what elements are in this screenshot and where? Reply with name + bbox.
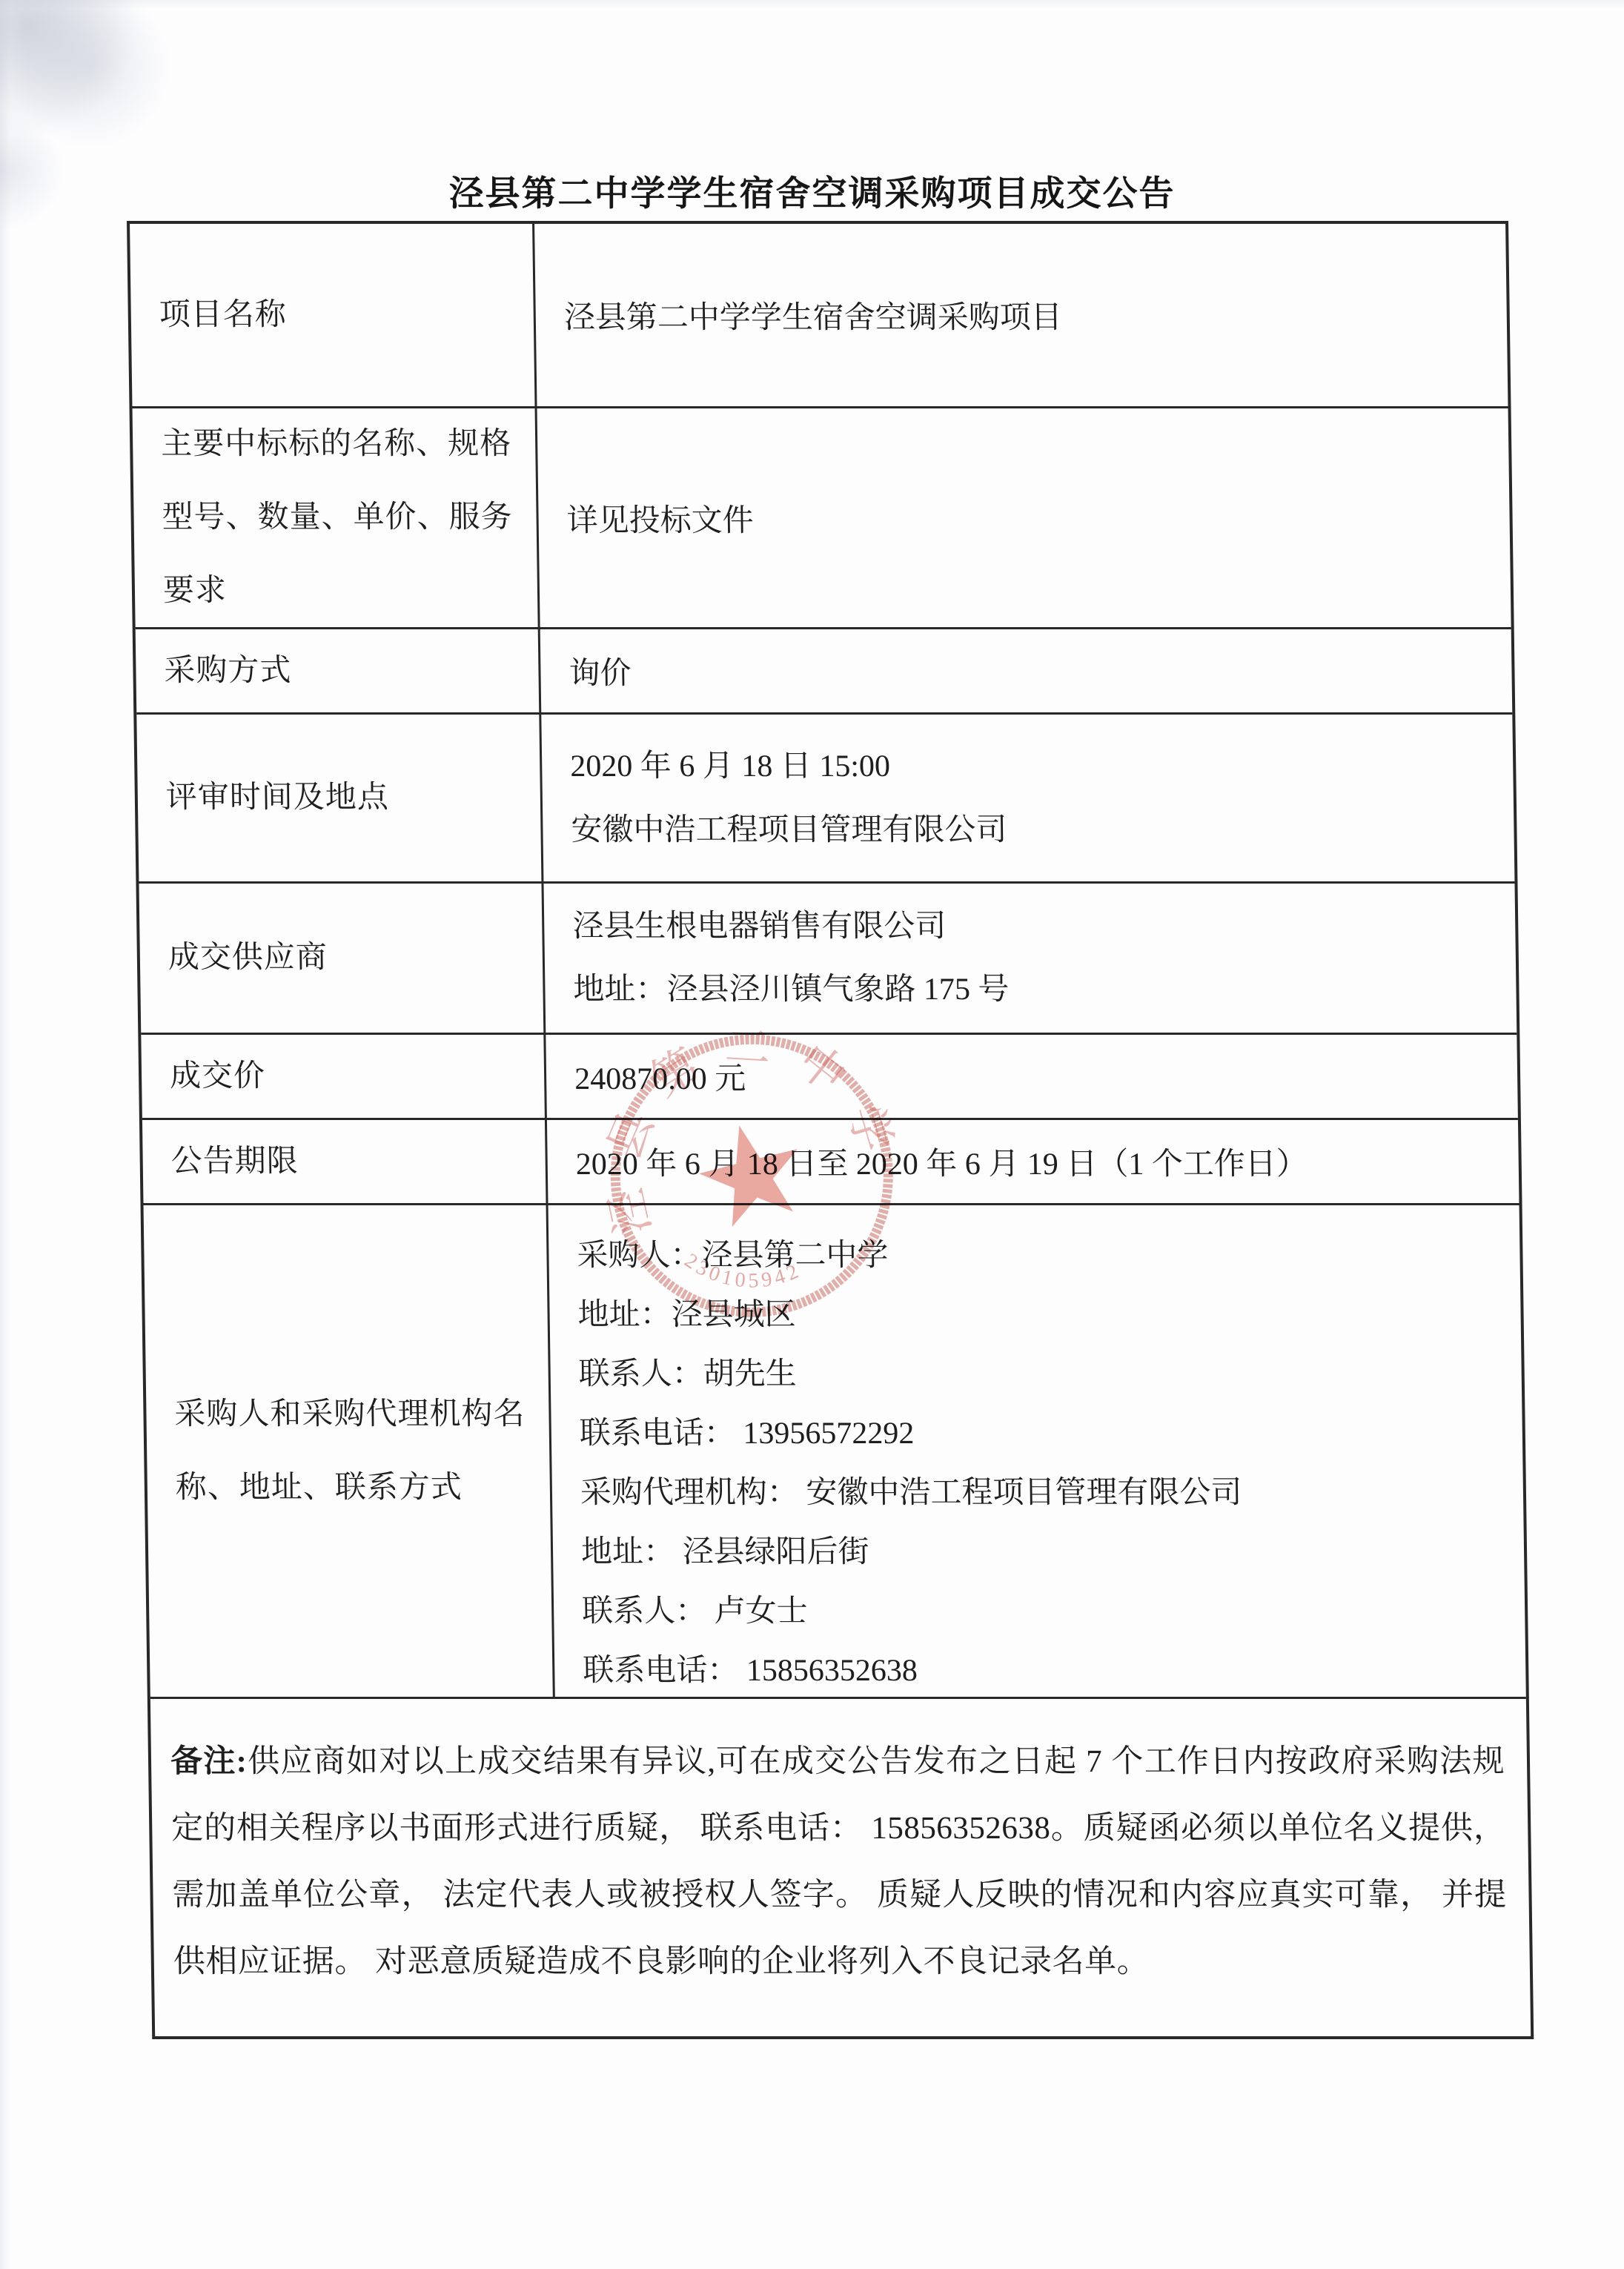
table-row: 采购人和采购代理机构名称、地址、联系方式 采购人：泾县第二中学 地址：泾县城区 … bbox=[144, 1205, 1526, 1699]
row-label: 公告期限 bbox=[142, 1120, 548, 1203]
row-label: 成交价 bbox=[141, 1035, 547, 1118]
row-value: 泾县第二中学学生宿舍空调采购项目 bbox=[534, 224, 1508, 406]
row-value: 询价 bbox=[540, 629, 1513, 712]
row-value: 泾县生根电器销售有限公司 地址：泾县泾川镇气象路 175 号 bbox=[543, 884, 1517, 1033]
table-row: 公告期限 2020 年 6 月 18 日至 2020 年 6 月 19 日（1 … bbox=[142, 1120, 1519, 1205]
row-label: 采购人和采购代理机构名称、地址、联系方式 bbox=[144, 1205, 555, 1697]
note-text: 备注:供应商如对以上成交结果有异议,可在成交公告发布之日起 7 个工作日内按政府… bbox=[150, 1699, 1531, 2036]
page-title: 泾县第二中学学生宿舍空调采购项目成交公告 bbox=[0, 166, 1624, 216]
scanned-document-page: 泾县第二中学学生宿舍空调采购项目成交公告 项目名称 泾县第二中学学生宿舍空调采购… bbox=[0, 0, 1624, 2269]
table-row: 采购方式 询价 bbox=[136, 629, 1513, 715]
note-body: 供应商如对以上成交结果有异议,可在成交公告发布之日起 7 个工作日内按政府采购法… bbox=[171, 1744, 1507, 1979]
table-row: 项目名称 泾县第二中学学生宿舍空调采购项目 bbox=[130, 224, 1508, 408]
note-label: 备注: bbox=[170, 1744, 248, 1779]
row-value: 2020 年 6 月 18 日至 2020 年 6 月 19 日（1 个工作日） bbox=[547, 1120, 1519, 1203]
row-label: 项目名称 bbox=[130, 224, 537, 406]
row-label: 采购方式 bbox=[136, 629, 542, 712]
note-row: 备注:供应商如对以上成交结果有异议,可在成交公告发布之日起 7 个工作日内按政府… bbox=[150, 1699, 1531, 2036]
table-row: 成交价 240870.00 元 bbox=[141, 1035, 1518, 1120]
row-value: 采购人：泾县第二中学 地址：泾县城区 联系人：胡先生 联系电话： 1395657… bbox=[548, 1205, 1526, 1697]
row-label: 成交供应商 bbox=[139, 884, 546, 1033]
table-row: 成交供应商 泾县生根电器销售有限公司 地址：泾县泾川镇气象路 175 号 bbox=[139, 884, 1517, 1035]
table-row: 评审时间及地点 2020 年 6 月 18 日 15:00 安徽中浩工程项目管理… bbox=[136, 715, 1514, 884]
announcement-table: 项目名称 泾县第二中学学生宿舍空调采购项目 主要中标标的名称、规格型号、数量、单… bbox=[127, 221, 1534, 2039]
table-row: 主要中标标的名称、规格型号、数量、单价、服务要求 详见投标文件 bbox=[133, 408, 1511, 629]
row-value: 240870.00 元 bbox=[546, 1035, 1518, 1118]
row-label: 评审时间及地点 bbox=[136, 715, 543, 881]
row-value: 2020 年 6 月 18 日 15:00 安徽中浩工程项目管理有限公司 bbox=[541, 715, 1514, 881]
row-label: 主要中标标的名称、规格型号、数量、单价、服务要求 bbox=[133, 408, 540, 627]
row-value: 详见投标文件 bbox=[537, 408, 1511, 627]
